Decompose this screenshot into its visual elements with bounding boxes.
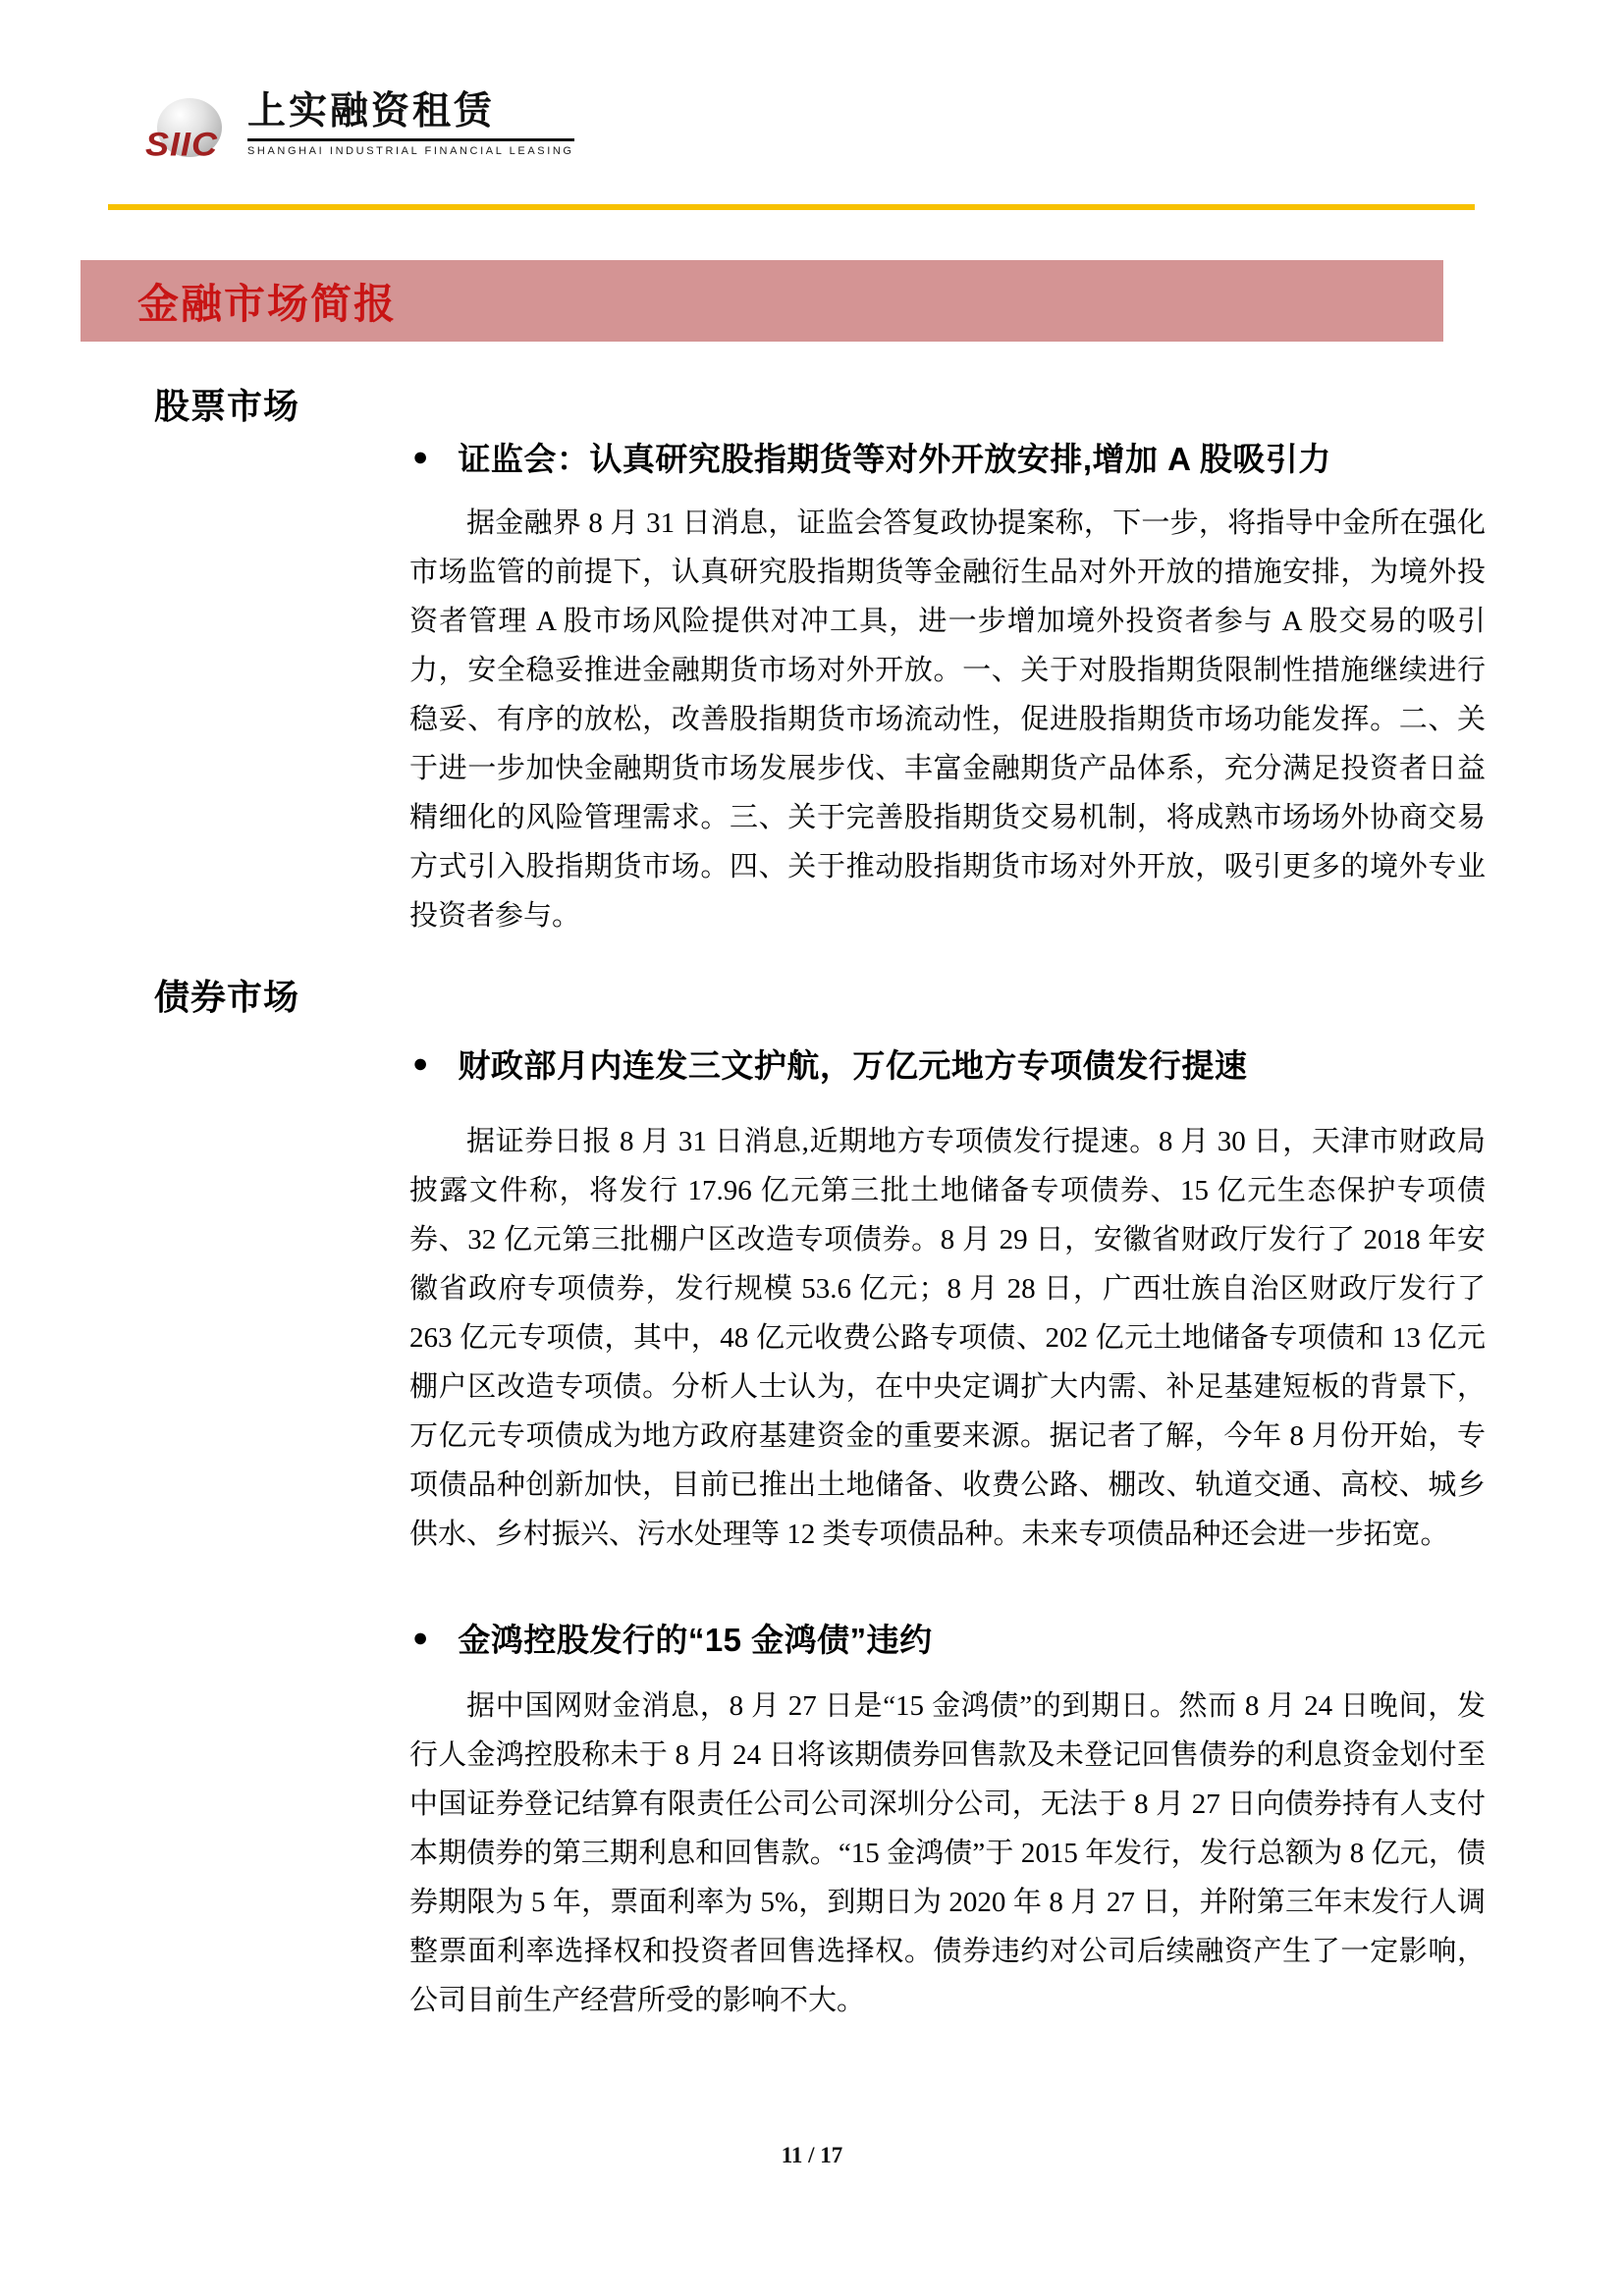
section-heading-stock-market: 股票市场 — [154, 379, 299, 429]
news-headline: 财政部月内连发三文护航，万亿元地方专项债发行提速 — [458, 1041, 1247, 1087]
news-item-special-bonds: ● 财政部月内连发三文护航，万亿元地方专项债发行提速 — [412, 1041, 1247, 1087]
bullet-icon: ● — [412, 1625, 428, 1651]
document-page: SIIC 上实融资租赁 SHANGHAI INDUSTRIAL FINANCIA… — [0, 0, 1624, 2296]
news-body: 据证券日报 8 月 31 日消息,近期地方专项债发行提速。8 月 30 日，天津… — [409, 1117, 1486, 1559]
bullet-icon: ● — [412, 444, 428, 470]
news-item-jinhong-default: ● 金鸿控股发行的“15 金鸿债”违约 — [412, 1615, 933, 1661]
news-item-csrc: ● 证监会：认真研究股指期货等对外开放安排,增加 A 股吸引力 — [412, 434, 1331, 480]
news-headline: 金鸿控股发行的“15 金鸿债”违约 — [458, 1615, 932, 1661]
yellow-divider — [108, 204, 1475, 210]
news-headline: 证监会：认真研究股指期货等对外开放安排,增加 A 股吸引力 — [458, 434, 1331, 480]
bullet-icon: ● — [412, 1050, 428, 1077]
banner-title: 金融市场简报 — [137, 272, 397, 331]
company-logo: SIIC 上实融资租赁 SHANGHAI INDUSTRIAL FINANCIA… — [145, 84, 558, 178]
logo-text-block: 上实融资租赁 SHANGHAI INDUSTRIAL FINANCIAL LEA… — [247, 90, 574, 157]
report-banner: 金融市场简报 — [81, 260, 1443, 342]
logo-english-name: SHANGHAI INDUSTRIAL FINANCIAL LEASING — [247, 145, 574, 157]
logo-siic-text: SIIC — [145, 125, 218, 164]
logo-chinese-name: 上实融资租赁 — [247, 90, 574, 141]
news-body: 据金融界 8 月 31 日消息，证监会答复政协提案称，下一步，将指导中金所在强化… — [409, 499, 1486, 940]
section-heading-bond-market: 债券市场 — [154, 970, 299, 1020]
page-number: 11 / 17 — [0, 2143, 1624, 2168]
news-body: 据中国网财金消息，8 月 27 日是“15 金鸿债”的到期日。然而 8 月 24… — [409, 1682, 1486, 2025]
